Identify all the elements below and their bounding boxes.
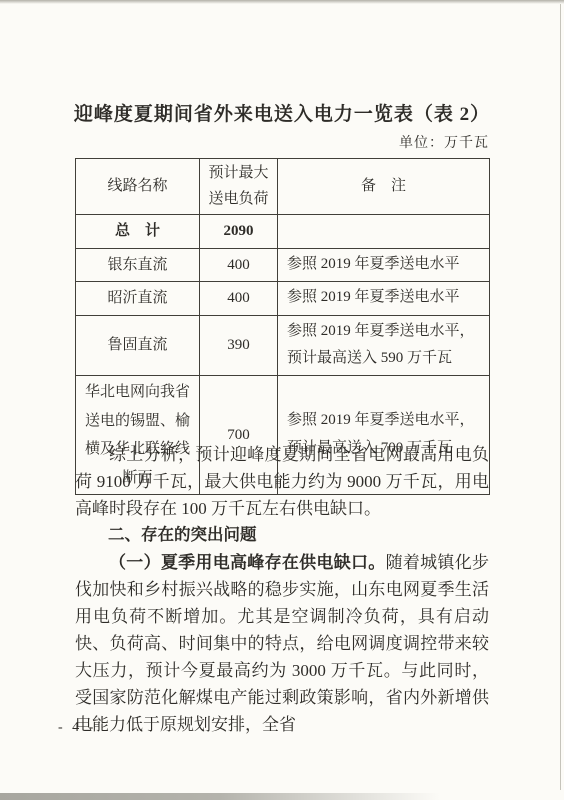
summary-paragraph: 综上分析，预计迎峰度夏期间全省电网最高用电负荷 9100 万千瓦，最大供电能力约… [75, 441, 489, 522]
page-number: - 4 - [58, 720, 96, 736]
issue-body-text: 随着城镇化步伐加快和乡村振兴战略的稳步实施，山东电网夏季生活用电负荷不断增加。尤… [75, 553, 489, 734]
cell-max-load: 400 [200, 248, 278, 282]
cell-remark [278, 215, 490, 249]
body-text: 综上分析，预计迎峰度夏期间全省电网最高用电负荷 9100 万千瓦，最大供电能力约… [75, 441, 489, 738]
cell-line-name: 银东直流 [76, 248, 200, 282]
cell-max-load: 400 [200, 282, 278, 316]
header-remark: 备 注 [278, 159, 490, 215]
table-header-row: 线路名称 预计最大送电负荷 备 注 [76, 159, 490, 215]
cell-line-name: 总 计 [76, 215, 200, 249]
page-bottom-edge-shadow [0, 793, 440, 800]
cell-remark: 参照 2019 年夏季送电水平 [278, 282, 490, 316]
section-heading: 二、存在的突出问题 [75, 522, 489, 549]
header-line-name: 线路名称 [76, 159, 200, 215]
document-title: 迎峰度夏期间省外来电送入电力一览表（表 2） [0, 99, 564, 126]
table-unit-label: 单位：万千瓦 [75, 132, 489, 152]
cell-remark: 参照 2019 年夏季送电水平，预计最高送入 590 万千瓦 [278, 315, 490, 376]
issue-paragraph: （一）夏季用电高峰存在供电缺口。随着城镇化步伐加快和乡村振兴战略的稳步实施，山东… [75, 549, 489, 738]
header-max-load: 预计最大送电负荷 [200, 159, 278, 215]
table-row: 昭沂直流 400 参照 2019 年夏季送电水平 [76, 282, 490, 316]
cell-line-name: 鲁固直流 [76, 315, 200, 376]
page-top-edge-shadow [0, 0, 564, 4]
cell-max-load: 390 [200, 315, 278, 376]
cell-max-load: 2090 [200, 215, 278, 249]
cell-line-name: 昭沂直流 [76, 282, 200, 316]
table-row: 鲁固直流 390 参照 2019 年夏季送电水平，预计最高送入 590 万千瓦 [76, 315, 490, 376]
issue-lead-sentence: （一）夏季用电高峰存在供电缺口。 [109, 553, 386, 572]
cell-remark: 参照 2019 年夏季送电水平 [278, 248, 490, 282]
table-row: 银东直流 400 参照 2019 年夏季送电水平 [76, 248, 490, 282]
table-row: 总 计 2090 [76, 215, 490, 249]
